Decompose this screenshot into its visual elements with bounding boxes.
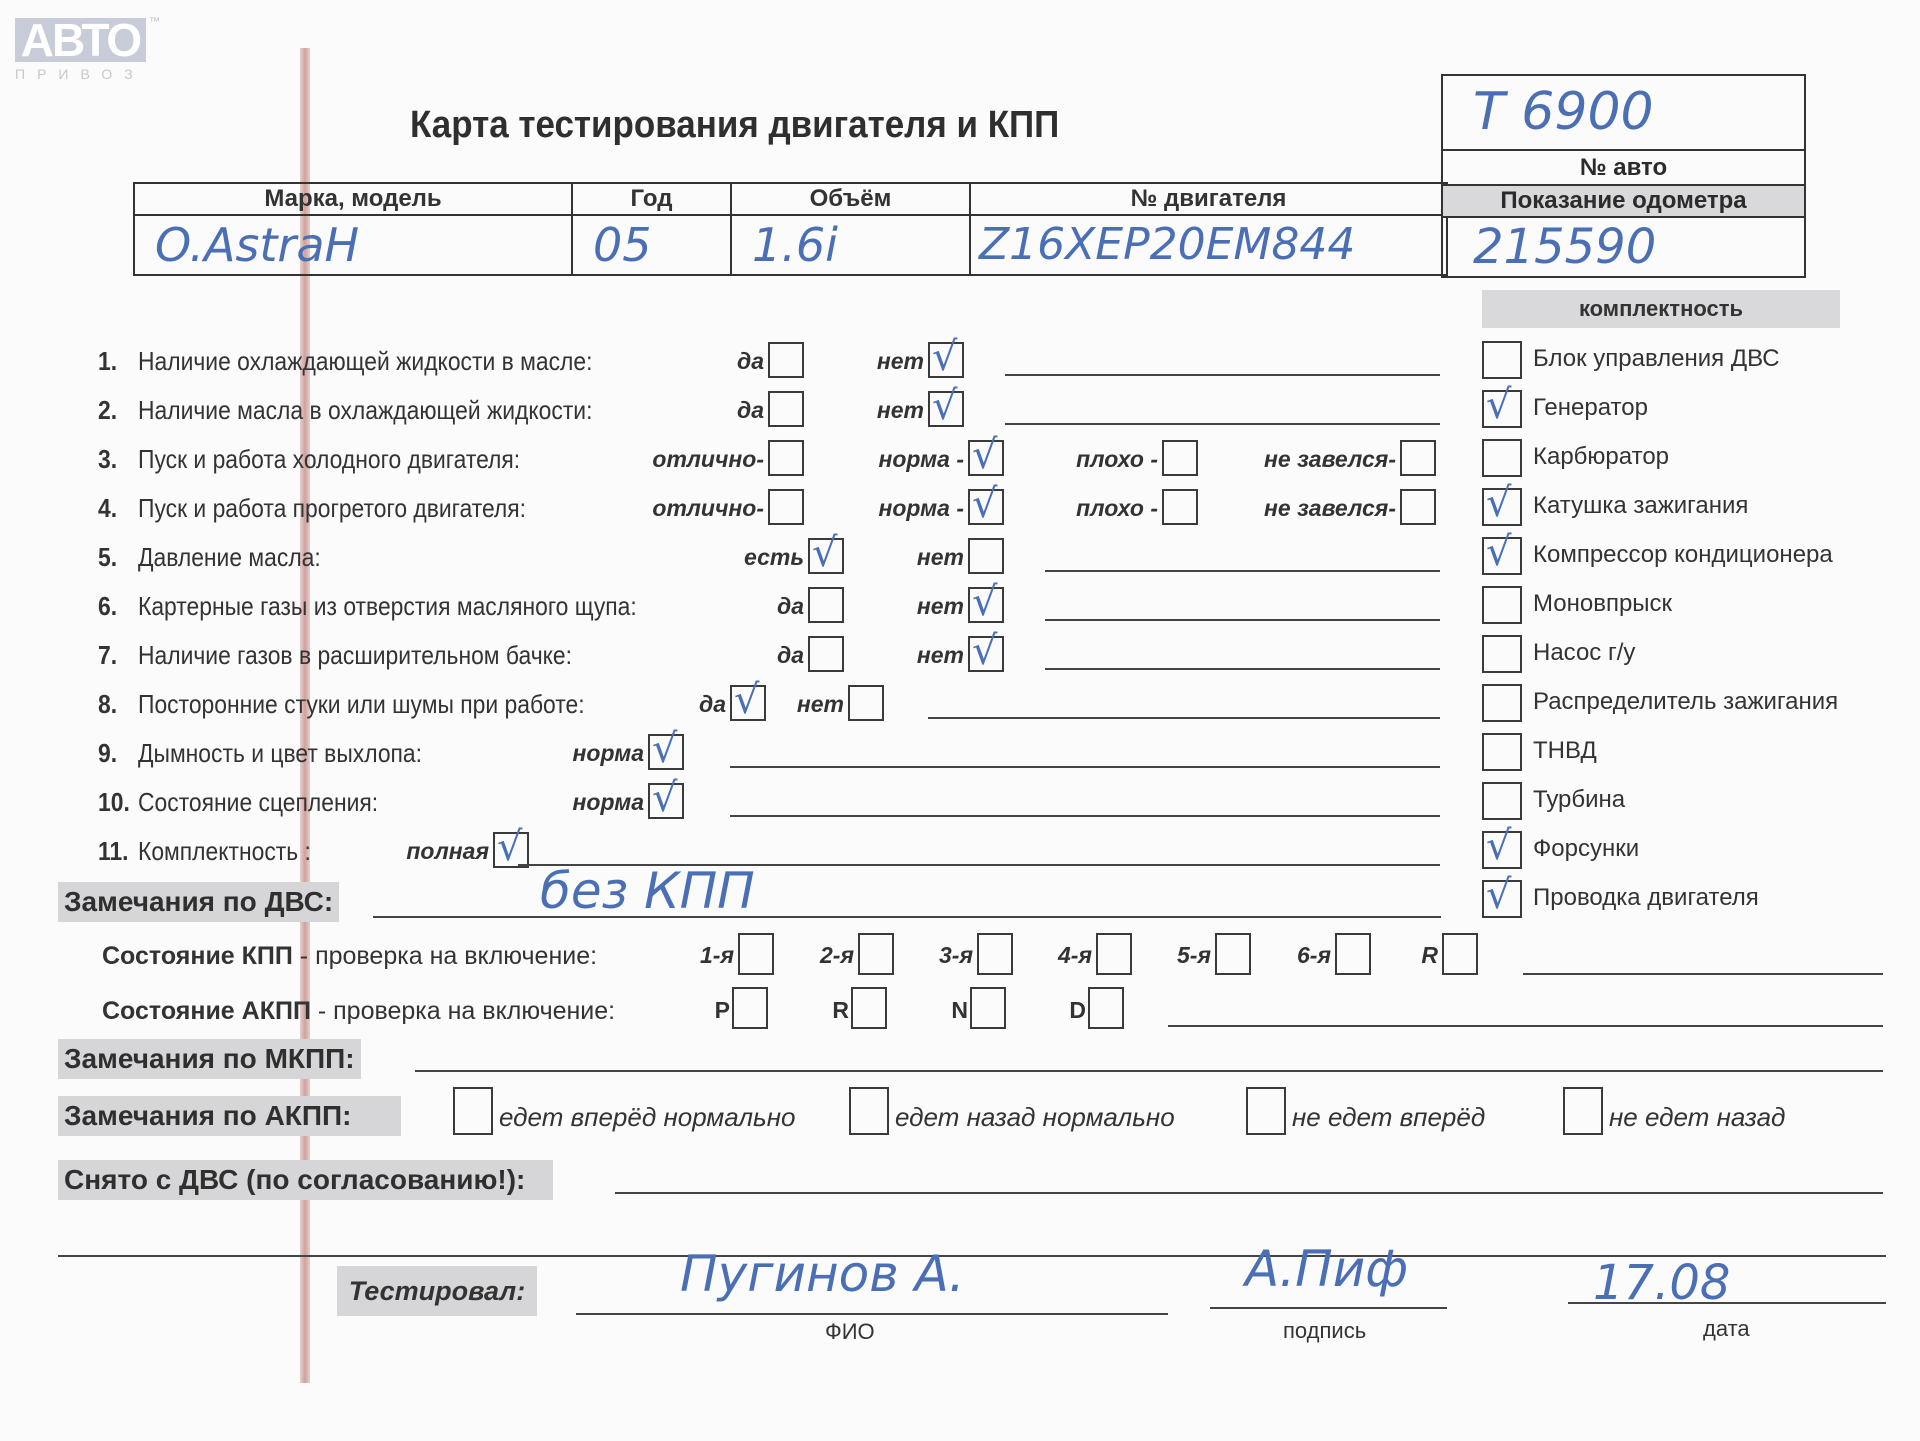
tested-by-label: Тестировал: <box>337 1266 537 1316</box>
completeness-item-label: Моновпрыск <box>1533 590 1672 618</box>
notes-line <box>1005 374 1440 376</box>
question-text: Комплектность : <box>138 836 311 867</box>
engine-number-field[interactable]: Z16XEP20EM844 <box>971 216 1446 274</box>
question-number: 9. <box>98 738 117 769</box>
date-caption: дата <box>1703 1316 1750 1342</box>
remarks-engine-field[interactable]: без КПП <box>540 862 755 920</box>
plate-odometer-box: Т 6900 № авто Показание одометра 215590 <box>1441 74 1806 278</box>
auto-remark-checkbox[interactable] <box>1246 1087 1286 1135</box>
gear-label: N <box>951 997 968 1024</box>
gear-label: R <box>1421 942 1438 969</box>
tester-name-line <box>576 1313 1168 1315</box>
checkbox[interactable] <box>768 391 804 427</box>
completeness-checkbox[interactable] <box>1482 733 1522 771</box>
auto-remark-label: едет вперёд нормально <box>499 1102 795 1133</box>
checkbox[interactable] <box>493 832 529 868</box>
checkbox[interactable] <box>848 685 884 721</box>
model-field[interactable]: O.AstraH <box>135 216 571 274</box>
column-header-volume: Объём <box>732 184 969 214</box>
auto-remark-checkbox[interactable] <box>1563 1087 1603 1135</box>
checkbox[interactable] <box>928 342 964 378</box>
odometer-field[interactable]: 215590 <box>1443 218 1804 276</box>
checkbox[interactable] <box>968 489 1004 525</box>
checkbox[interactable] <box>808 636 844 672</box>
remarks-manual-line <box>415 1070 1883 1072</box>
question-text: Наличие охлаждающей жидкости в масле: <box>138 346 592 377</box>
checkbox[interactable] <box>808 587 844 623</box>
completeness-item-label: Катушка зажигания <box>1533 492 1748 520</box>
completeness-item-label: Генератор <box>1533 394 1648 422</box>
completeness-checkbox[interactable] <box>1482 782 1522 820</box>
question-number: 7. <box>98 640 117 671</box>
question-number: 1. <box>98 346 117 377</box>
option-label: не завелся- <box>1264 446 1396 473</box>
question-number: 6. <box>98 591 117 622</box>
question-text: Давление масла: <box>138 542 321 573</box>
year-field[interactable]: 05 <box>573 216 730 274</box>
signature-line <box>1210 1307 1447 1309</box>
option-label: полная <box>406 838 489 865</box>
auto-gearbox-line <box>1168 1025 1883 1027</box>
gear-checkbox[interactable] <box>1088 987 1124 1029</box>
completeness-checkbox[interactable] <box>1482 390 1522 428</box>
gear-checkbox[interactable] <box>732 987 768 1029</box>
gear-label: R <box>832 997 849 1024</box>
option-label: норма <box>573 789 645 816</box>
gear-checkbox[interactable] <box>970 987 1006 1029</box>
auto-remark-checkbox[interactable] <box>849 1087 889 1135</box>
completeness-checkbox[interactable] <box>1482 488 1522 526</box>
question-number: 4. <box>98 493 117 524</box>
checkbox[interactable] <box>648 734 684 770</box>
question-number: 5. <box>98 542 117 573</box>
signature-caption: подпись <box>1283 1318 1366 1344</box>
notes-line <box>928 717 1440 719</box>
signature-field[interactable]: А.Пиф <box>1245 1240 1408 1298</box>
auto-remark-label: не едет назад <box>1609 1102 1785 1133</box>
gear-checkbox[interactable] <box>1335 933 1371 975</box>
completeness-item-label: Насос г/у <box>1533 639 1635 667</box>
option-label: норма - <box>878 446 964 473</box>
notes-line <box>1045 619 1440 621</box>
checkbox[interactable] <box>968 587 1004 623</box>
option-label: да <box>777 642 804 669</box>
completeness-item-label: ТНВД <box>1533 737 1597 765</box>
question-number: 8. <box>98 689 117 720</box>
gear-checkbox[interactable] <box>858 933 894 975</box>
notes-line <box>1045 668 1440 670</box>
remarks-engine-label: Замечания по ДВС: <box>58 882 339 922</box>
gear-label: 5-я <box>1177 942 1211 969</box>
question-number: 10. <box>98 787 130 818</box>
question-number: 3. <box>98 444 117 475</box>
question-text: Картерные газы из отверстия масляного щу… <box>138 591 637 622</box>
checkbox[interactable] <box>768 342 804 378</box>
remarks-auto-label: Замечания по АКПП: <box>58 1096 401 1136</box>
option-label: да <box>699 691 726 718</box>
option-label: плохо - <box>1076 495 1158 522</box>
gear-label: P <box>715 997 730 1024</box>
question-text: Дымность и цвет выхлопа: <box>138 738 422 769</box>
option-label: да <box>737 348 764 375</box>
gear-label: 2-я <box>820 942 854 969</box>
option-label: не завелся- <box>1264 495 1396 522</box>
question-text: Посторонние стуки или шумы при работе: <box>138 689 585 720</box>
option-label: норма <box>573 740 645 767</box>
auto-remark-checkbox[interactable] <box>453 1087 493 1135</box>
completeness-item-label: Распределитель зажигания <box>1533 688 1838 716</box>
option-label: да <box>777 593 804 620</box>
notes-line <box>1045 570 1440 572</box>
checkbox[interactable] <box>968 440 1004 476</box>
checkbox[interactable] <box>928 391 964 427</box>
option-label: нет <box>877 348 924 375</box>
checkbox[interactable] <box>768 489 804 525</box>
removed-parts-line <box>615 1192 1883 1194</box>
option-label: нет <box>917 642 964 669</box>
question-text: Состояние сцепления: <box>138 787 378 818</box>
checkbox[interactable] <box>1400 489 1436 525</box>
manual-gearbox-label: Состояние КПП - проверка на включение: <box>102 942 597 971</box>
name-caption: ФИО <box>825 1319 875 1345</box>
logo-trademark: ™ <box>149 16 160 28</box>
option-label: нет <box>917 544 964 571</box>
plate-number-label: № авто <box>1443 151 1804 186</box>
gear-label: 4-я <box>1058 942 1092 969</box>
completeness-item-label: Форсунки <box>1533 835 1639 863</box>
auto-remark-label: не едет вперёд <box>1292 1102 1485 1133</box>
completeness-item-label: Блок управления ДВС <box>1533 345 1780 373</box>
question-number: 11. <box>98 836 129 867</box>
removed-parts-label: Снято с ДВС (по согласованию!): <box>58 1160 553 1200</box>
gear-label: 3-я <box>939 942 973 969</box>
gear-checkbox[interactable] <box>1442 933 1478 975</box>
completeness-item-label: Карбюратор <box>1533 443 1669 471</box>
column-header-year: Год <box>573 184 730 214</box>
completeness-checkbox[interactable] <box>1482 341 1522 379</box>
gear-checkbox[interactable] <box>1215 933 1251 975</box>
option-label: нет <box>797 691 844 718</box>
question-text: Пуск и работа прогретого двигателя: <box>138 493 526 524</box>
checkbox[interactable] <box>968 538 1004 574</box>
completeness-checkbox[interactable] <box>1482 831 1522 869</box>
question-text: Наличие газов в расширительном бачке: <box>138 640 572 671</box>
option-label: да <box>737 397 764 424</box>
completeness-item-label: Проводка двигателя <box>1533 884 1759 912</box>
checkbox[interactable] <box>1400 440 1436 476</box>
option-label: нет <box>877 397 924 424</box>
option-label: отлично- <box>652 495 764 522</box>
remarks-engine-line <box>373 916 1441 918</box>
option-label: нет <box>917 593 964 620</box>
checkbox[interactable] <box>1162 489 1198 525</box>
option-label: есть <box>744 544 804 571</box>
gear-checkbox[interactable] <box>738 933 774 975</box>
checkbox[interactable] <box>1162 440 1198 476</box>
column-header-model: Марка, модель <box>135 184 571 214</box>
completeness-checkbox[interactable] <box>1482 684 1522 722</box>
column-header-engine-number: № двигателя <box>971 184 1446 214</box>
completeness-checkbox[interactable] <box>1482 537 1522 575</box>
notes-line <box>730 815 1440 817</box>
completeness-item-label: Турбина <box>1533 786 1625 814</box>
manual-gearbox-line <box>1523 973 1883 975</box>
vehicle-info-table: Марка, модель Год Объём № двигателя O.As… <box>133 182 1448 276</box>
gear-checkbox[interactable] <box>851 987 887 1029</box>
option-label: плохо - <box>1076 446 1158 473</box>
completeness-checkbox[interactable] <box>1482 880 1522 918</box>
checkbox[interactable] <box>768 440 804 476</box>
completeness-header: комплектность <box>1482 290 1840 328</box>
gear-checkbox[interactable] <box>977 933 1013 975</box>
completeness-item-label: Компрессор кондиционера <box>1533 541 1833 569</box>
plate-number-field[interactable]: Т 6900 <box>1443 76 1804 151</box>
checkbox[interactable] <box>808 538 844 574</box>
logo-avto: АВТО <box>15 18 146 62</box>
notes-line <box>730 766 1440 768</box>
tester-name-field[interactable]: Пугинов А. <box>680 1245 965 1303</box>
odometer-label: Показание одометра <box>1443 186 1804 218</box>
gear-label: D <box>1069 997 1086 1024</box>
option-label: норма - <box>878 495 964 522</box>
date-line <box>1568 1302 1886 1304</box>
auto-remark-label: едет назад нормально <box>895 1102 1175 1133</box>
checkbox[interactable] <box>968 636 1004 672</box>
completeness-checkbox[interactable] <box>1482 635 1522 673</box>
logo-subtitle: ПРИВОЗ <box>15 66 150 82</box>
question-text: Пуск и работа холодного двигателя: <box>138 444 520 475</box>
page-title: Карта тестирования двигателя и КПП <box>410 104 1059 147</box>
remarks-manual-label: Замечания по МКПП: <box>58 1039 361 1079</box>
checkbox[interactable] <box>648 783 684 819</box>
question-number: 2. <box>98 395 117 426</box>
checkbox[interactable] <box>730 685 766 721</box>
option-label: отлично- <box>652 446 764 473</box>
gear-checkbox[interactable] <box>1096 933 1132 975</box>
gear-label: 6-я <box>1297 942 1331 969</box>
auto-gearbox-label: Состояние АКПП - проверка на включение: <box>102 997 615 1026</box>
gear-label: 1-я <box>700 942 734 969</box>
notes-line <box>1005 423 1440 425</box>
question-text: Наличие масла в охлаждающей жидкости: <box>138 395 592 426</box>
volume-field[interactable]: 1.6i <box>732 216 969 274</box>
completeness-checkbox[interactable] <box>1482 586 1522 624</box>
completeness-checkbox[interactable] <box>1482 439 1522 477</box>
